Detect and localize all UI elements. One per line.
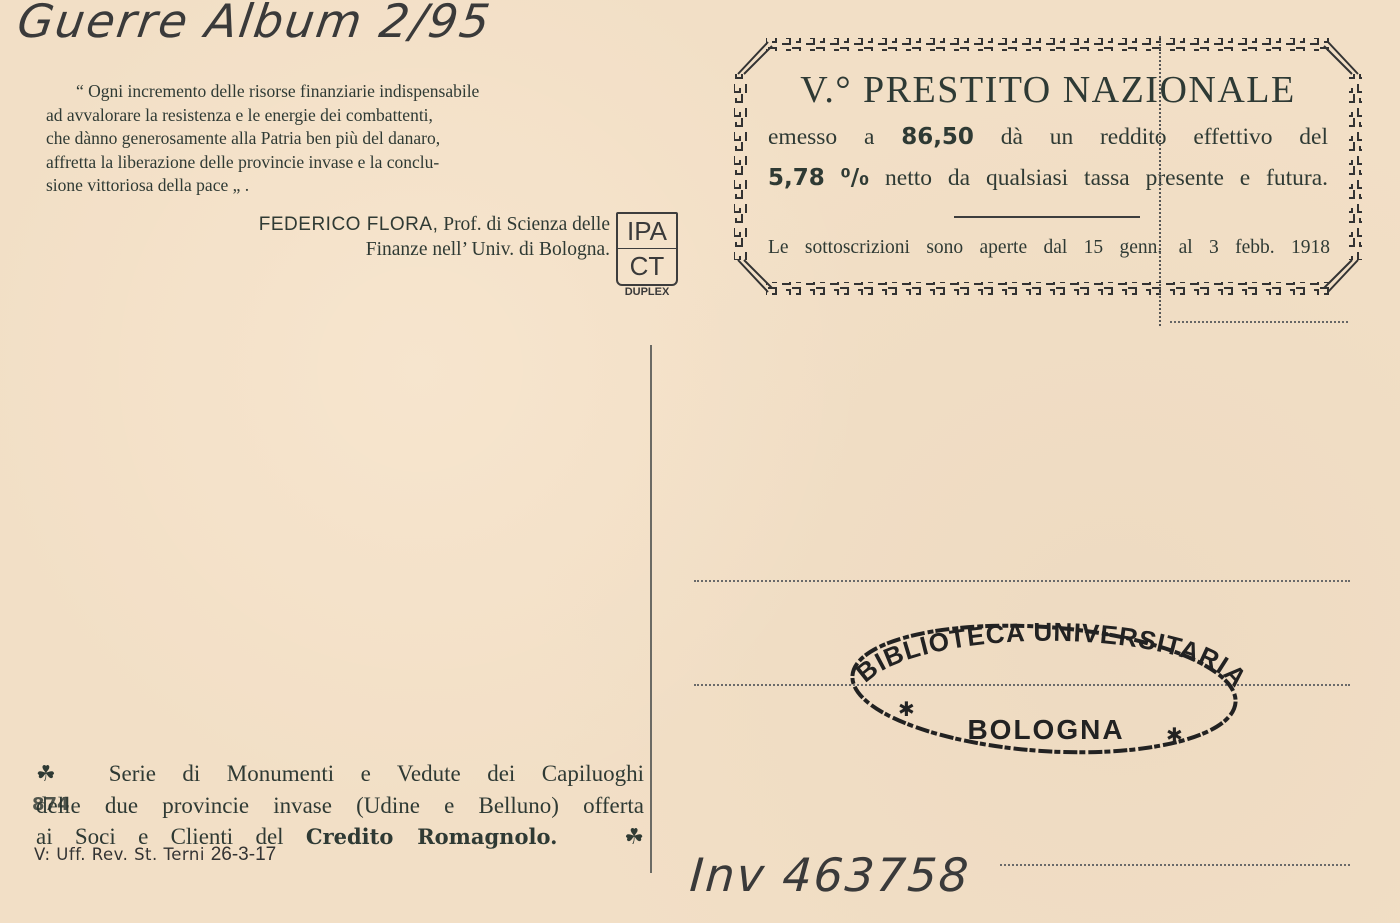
quote-line: che dànno generosamente alla Patria ben …: [46, 127, 612, 151]
text: emesso a: [768, 124, 901, 150]
stamp-star-icon: ✱: [898, 697, 915, 721]
author-title: Prof. di Scienza delle: [438, 214, 610, 235]
printer-mark-top: IPA: [618, 214, 676, 248]
caption-line: delle due provincie invase (Udine e Bell…: [36, 790, 644, 821]
quote-line: “ Ogni incremento delle risorse finanzia…: [46, 80, 612, 104]
loan-separator: [954, 216, 1140, 218]
svg-text:BIBLIOTECA UNIVERSITARIA: BIBLIOTECA UNIVERSITARIA: [850, 617, 1246, 693]
handwritten-album-note: Guerre Album 2/95: [14, 0, 495, 48]
address-line: [694, 580, 1350, 582]
quote-attribution: FEDERICO FLORA, Prof. di Scienza delle F…: [100, 212, 610, 262]
overprint-number: 874: [32, 794, 70, 815]
center-divider-line: [650, 345, 652, 873]
stamp-top-text: BIBLIOTECA UNIVERSITARIA: [850, 617, 1246, 693]
issue-price: 86,50: [901, 124, 974, 150]
printer-mark-logo: IPA CT: [616, 212, 678, 286]
stamp-bottom-text: BOLOGNA: [967, 714, 1124, 745]
printer-mark-caption: DUPLEX: [616, 286, 678, 298]
text: netto da qualsiasi tassa presente e futu…: [869, 165, 1328, 191]
author-name: FEDERICO FLORA,: [259, 214, 439, 235]
stamp-area-perforation: [1159, 36, 1161, 326]
loan-issue-price-line: emesso a 86,50 dà un reddito effettivo d…: [768, 124, 1328, 151]
war-loan-advert-box: V.° PRESTITO NAZIONALE emesso a 86,50 dà…: [732, 34, 1364, 298]
clover-leaf-icon: ☘: [624, 825, 644, 850]
author-affiliation: Finanze nell’ Univ. di Bologna.: [100, 237, 610, 262]
censor-office: V: Uff. Rev. St. Terni: [34, 845, 211, 864]
censor-note: V: Uff. Rev. St. Terni 26-3-17: [34, 844, 276, 866]
yield-value: 5,78: [768, 165, 825, 191]
library-ink-stamp: BIBLIOTECA UNIVERSITARIA BOLOGNA ✱ ✱: [846, 614, 1246, 764]
censor-date: 26-3-17: [211, 844, 277, 865]
stamp-star-icon: ✱: [1166, 723, 1183, 747]
quote-block: “ Ogni incremento delle risorse finanzia…: [46, 80, 612, 198]
series-caption: ☘ Serie di Monumenti e Vedute dei Capilu…: [36, 758, 644, 853]
subscription-dates-note: Le sottoscrizioni sono aperte dal 15 gen…: [768, 237, 1330, 259]
address-line: [1000, 864, 1350, 866]
stamp-area-perforation: [1170, 321, 1348, 323]
text: dà un reddito effettivo del: [974, 124, 1328, 150]
quote-line: sione vittoriosa della pace „ .: [46, 174, 612, 198]
caption-line: Serie di Monumenti e Vedute dei Capiluog…: [109, 761, 644, 786]
clover-leaf-icon: ☘: [36, 762, 56, 787]
printer-mark-bottom: CT: [618, 248, 676, 283]
loan-title: V.° PRESTITO NAZIONALE: [732, 68, 1364, 112]
loan-yield-line: 5,78 ⁰/₀ netto da qualsiasi tassa presen…: [768, 165, 1328, 192]
quote-line: ad avvalorare la resistenza e le energie…: [46, 104, 612, 128]
handwritten-inventory-number: Inv 463758: [688, 848, 972, 902]
percent-sign: ⁰/₀: [841, 165, 870, 191]
quote-line: affretta la liberazione delle provincie …: [46, 151, 612, 175]
bank-name: Credito Romagnolo.: [306, 824, 558, 849]
